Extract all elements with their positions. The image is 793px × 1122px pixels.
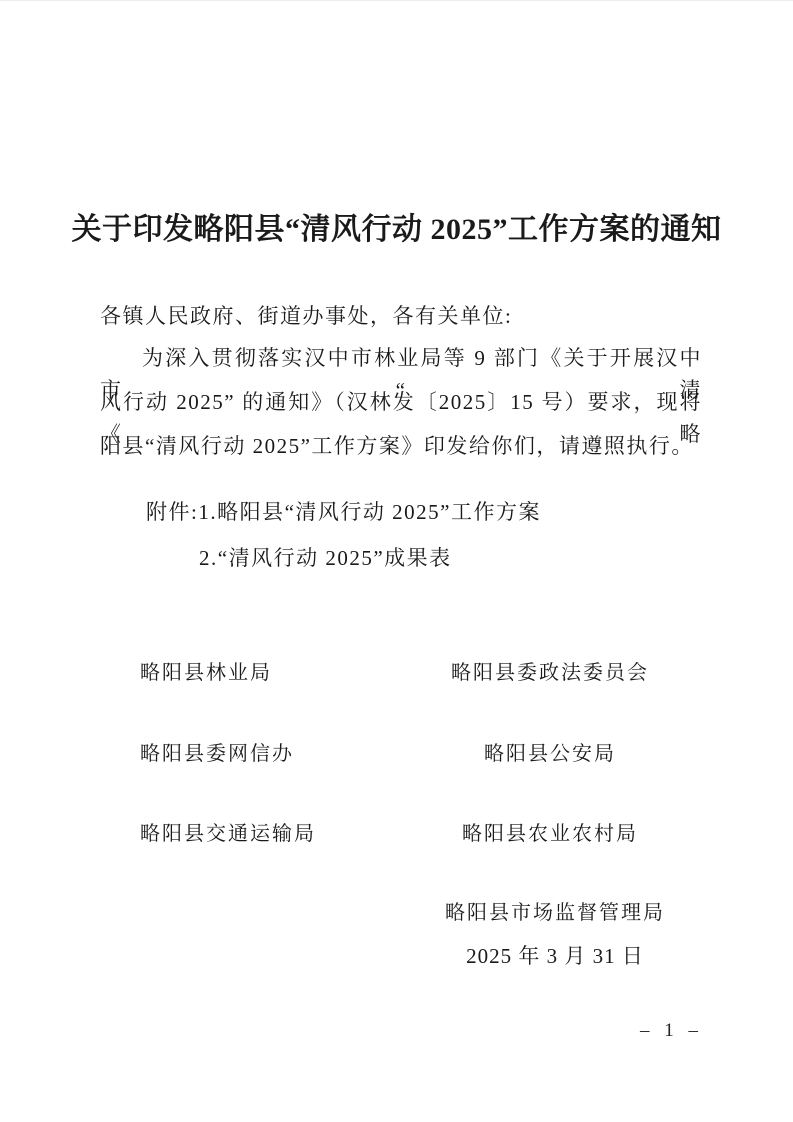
signatory-political-legal-committee: 略阳县委政法委员会 (400, 656, 700, 685)
body-line-3: 阳县“清风行动 2025”工作方案》印发给你们，请遵照执行。 (100, 430, 702, 474)
document-page: 关于印发略阳县“清风行动 2025”工作方案的通知 各镇人民政府、街道办事处，各… (0, 0, 793, 1122)
signatory-row-3: 略阳县交通运输局 略阳县农业农村局 (0, 817, 793, 847)
attachment-line-2: 2.“清风行动 2025”成果表 (199, 542, 452, 572)
body-paragraph: 为深入贯彻落实汉中市林业局等 9 部门《关于开展汉中市“清 风行动 2025” … (100, 342, 702, 474)
document-title: 关于印发略阳县“清风行动 2025”工作方案的通知 (50, 204, 743, 248)
signatory-market-supervision-bureau: 略阳县市场监督管理局 (405, 896, 705, 925)
signatory-public-security-bureau: 略阳县公安局 (400, 737, 700, 766)
signatory-forestry-bureau: 略阳县林业局 (140, 656, 272, 685)
body-line-1: 为深入贯彻落实汉中市林业局等 9 部门《关于开展汉中市“清 (100, 342, 702, 386)
signatory-cyberspace-office: 略阳县委网信办 (140, 737, 294, 766)
document-date: 2025 年 3 月 31 日 (405, 940, 705, 970)
scan-top-edge (0, 0, 793, 1)
body-line-2: 风行动 2025” 的通知》（汉林发〔2025〕15 号）要求，现将《略 (100, 386, 702, 430)
attachment-line-1: 附件:1.略阳县“清风行动 2025”工作方案 (146, 496, 541, 526)
signatory-row-2: 略阳县委网信办 略阳县公安局 (0, 737, 793, 767)
signatory-agriculture-rural-bureau: 略阳县农业农村局 (400, 817, 700, 846)
signatory-row-1: 略阳县林业局 略阳县委政法委员会 (0, 656, 793, 686)
salutation-line: 各镇人民政府、街道办事处，各有关单位: (100, 300, 703, 330)
page-number: – 1 – (640, 1020, 703, 1042)
signatory-transport-bureau: 略阳县交通运输局 (140, 817, 316, 846)
